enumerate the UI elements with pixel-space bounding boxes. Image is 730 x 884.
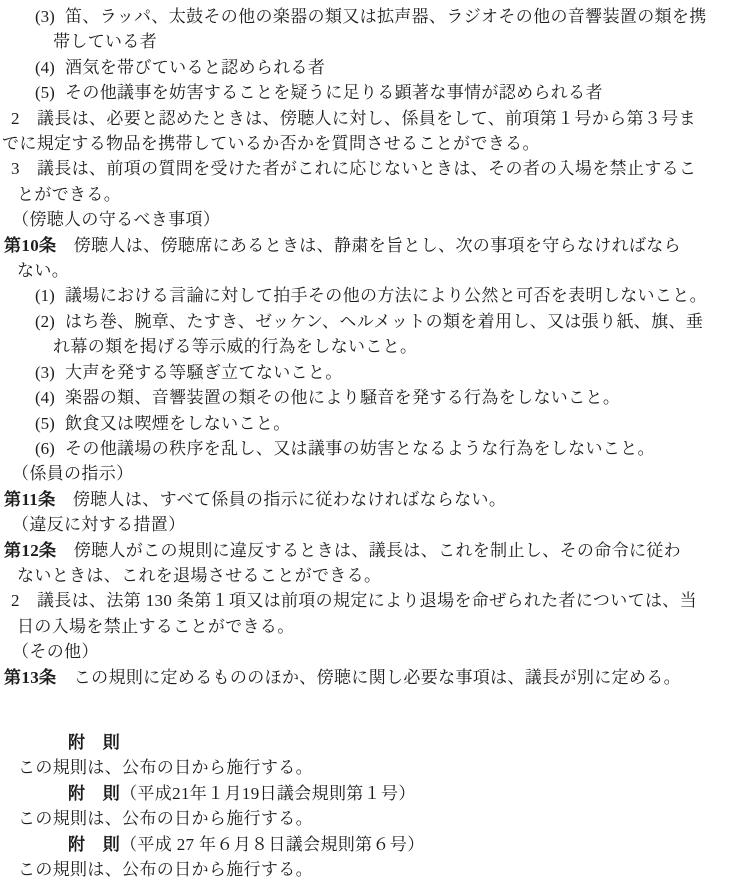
item-number: (1) [35, 283, 65, 308]
document-page: (3)笛、ラッパ、太鼓その他の楽器の類又は拡声器、ラジオその他の音響装置の類を携… [0, 0, 730, 882]
document-line: 帯している者 [0, 29, 730, 54]
document-line: 第10条 傍聴人は、傍聴席にあるときは、静粛を旨とし、次の事項を守らなければなら [0, 233, 730, 258]
document-line: 第13条 この規則に定めるもののほか、傍聴に関し必要な事項は、議長が別に定める。 [0, 665, 730, 690]
document-line: (6)その他議場の秩序を乱し、又は議事の妨害となるような行為をしないこと。 [0, 436, 730, 461]
item-number: (2) [35, 309, 65, 334]
item-number: (3) [35, 360, 65, 385]
document-line: （その他） [0, 639, 730, 664]
paragraph-number: 3 [11, 156, 37, 181]
document-line: 附 則 [0, 730, 730, 755]
item-number: (4) [35, 385, 65, 410]
document-line: (1)議場における言論に対して拍手その他の方法により公然と可否を表明しないこと。 [0, 283, 730, 308]
document-line: (5)飲食又は喫煙をしないこと。 [0, 411, 730, 436]
document-line: とができる。 [0, 182, 730, 207]
paragraph-number: 2 [11, 588, 37, 613]
article-number-label: 第12条 [4, 541, 56, 560]
document-line: （傍聴人の守るべき事項） [0, 207, 730, 232]
document-line: 2議長は、法第 130 条第１項又は前項の規定により退場を命ぜられた者については… [0, 588, 730, 613]
document-line: 日の入場を禁止することができる。 [0, 614, 730, 639]
document-line: れ幕の類を掲げる等示威的行為をしないこと。 [0, 334, 730, 359]
document-line: （係員の指示） [0, 461, 730, 486]
document-line: 第11条 傍聴人は、すべて係員の指示に従わなければならない。 [0, 487, 730, 512]
document-line: この規則は、公布の日から施行する。 [0, 806, 730, 831]
document-line: ないときは、これを退場させることができる。 [0, 563, 730, 588]
item-number: (4) [35, 55, 65, 80]
document-line: この規則は、公布の日から施行する。 [0, 755, 730, 780]
document-line: (4)酒気を帯びていると認められる者 [0, 55, 730, 80]
item-number: (6) [35, 436, 65, 461]
article-number-label: 第13条 [4, 668, 56, 687]
document-line: 附 則（平成 27 年６月８日議会規則第６号） [0, 832, 730, 857]
article-number-label: 附 則 [68, 733, 120, 752]
document-line: でに規定する物品を携帯しているか否かを質問させることができる。 [0, 131, 730, 156]
document-line: (3)笛、ラッパ、太鼓その他の楽器の類又は拡声器、ラジオその他の音響装置の類を携 [0, 4, 730, 29]
document-line: 3議長は、前項の質問を受けた者がこれに応じないときは、その者の入場を禁止するこ [0, 156, 730, 181]
document-line: 第12条 傍聴人がこの規則に違反するときは、議長は、これを制止し、その命令に従わ [0, 538, 730, 563]
document-line: (5)その他議事を妨害することを疑うに足りる顕著な事情が認められる者 [0, 80, 730, 105]
document-line: (3)大声を発する等騒ぎ立てないこと。 [0, 360, 730, 385]
document-line: (2)はち巻、腕章、たすき、ゼッケン、ヘルメットの類を着用し、又は張り紙、旗、垂 [0, 309, 730, 334]
document-line: 附 則（平成21年１月19日議会規則第１号） [0, 781, 730, 806]
document-line: この規則は、公布の日から施行する。 [0, 857, 730, 882]
article-number-label: 第10条 [4, 236, 56, 255]
item-number: (3) [35, 4, 65, 29]
item-number: (5) [35, 80, 65, 105]
document-line: (4)楽器の類、音響装置の類その他により騒音を発する行為をしないこと。 [0, 385, 730, 410]
paragraph-number: 2 [11, 106, 37, 131]
document-line: （違反に対する措置） [0, 512, 730, 537]
document-line: 2議長は、必要と認めたときは、傍聴人に対し、係員をして、前項第１号から第３号ま [0, 106, 730, 131]
article-number-label: 附 則 [68, 784, 120, 803]
item-number: (5) [35, 411, 65, 436]
article-number-label: 第11条 [4, 490, 55, 509]
blank-gap [0, 690, 730, 730]
article-number-label: 附 則 [68, 835, 120, 854]
document-line: ない。 [0, 258, 730, 283]
